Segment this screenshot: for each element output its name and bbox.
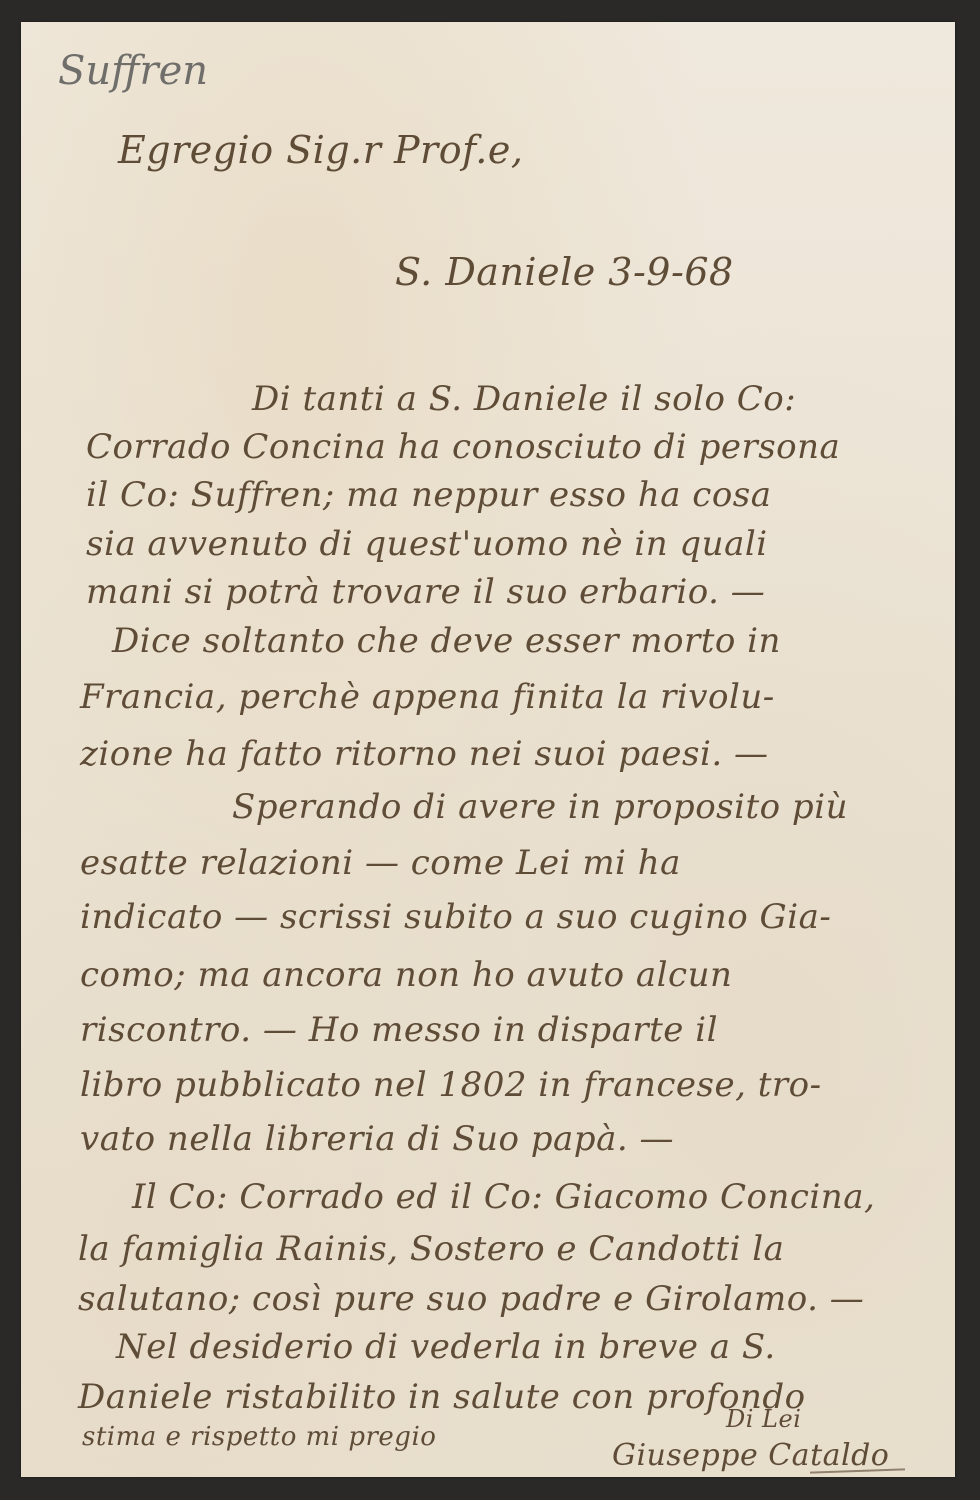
closing: Di Lei: [726, 1405, 801, 1433]
body-line: zione ha fatto ritorno nei suoi paesi. —: [80, 737, 769, 771]
body-line: Nel desiderio di vederla in breve a S.: [116, 1330, 776, 1364]
body-line: stima e rispetto mi pregio: [82, 1424, 436, 1450]
body-line: mani si potrà trovare il suo erbario. —: [86, 575, 765, 609]
place-date: S. Daniele 3-9-68: [395, 250, 734, 294]
body-line: riscontro. — Ho messo in disparte il: [80, 1013, 718, 1047]
body-line: sia avvenuto di quest'uomo nè in quali: [86, 527, 768, 561]
body-line: Francia, perchè appena finita la rivolu-: [80, 680, 775, 714]
body-line: como; ma ancora non ho avuto alcun: [80, 958, 732, 992]
body-line: la famiglia Rainis, Sostero e Candotti l…: [78, 1232, 784, 1266]
body-line: Il Co: Corrado ed il Co: Giacomo Concina…: [132, 1180, 875, 1214]
body-line: Corrado Concina ha conosciuto di persona: [86, 430, 840, 464]
body-line: Sperando di avere in proposito più: [232, 790, 848, 824]
body-line: Di tanti a S. Daniele il solo Co:: [252, 382, 796, 416]
body-line: il Co: Suffren; ma neppur esso ha cosa: [86, 478, 772, 512]
salutation: Egregio Sig.r Prof.e,: [118, 128, 523, 172]
body-line: esatte relazioni — come Lei mi ha: [80, 846, 681, 880]
body-line: Dice soltanto che deve esser morto in: [112, 624, 781, 658]
body-line: indicato — scrissi subito a suo cugino G…: [80, 900, 831, 934]
body-line: vato nella libreria di Suo papà. —: [80, 1122, 674, 1156]
signature: Giuseppe Cataldo: [612, 1438, 889, 1473]
body-line: libro pubblicato nel 1802 in francese, t…: [80, 1068, 822, 1102]
margin-note: Suffren: [58, 48, 208, 94]
body-line: salutano; così pure suo padre e Girolamo…: [78, 1282, 864, 1316]
body-line: Daniele ristabilito in salute con profon…: [78, 1380, 806, 1414]
